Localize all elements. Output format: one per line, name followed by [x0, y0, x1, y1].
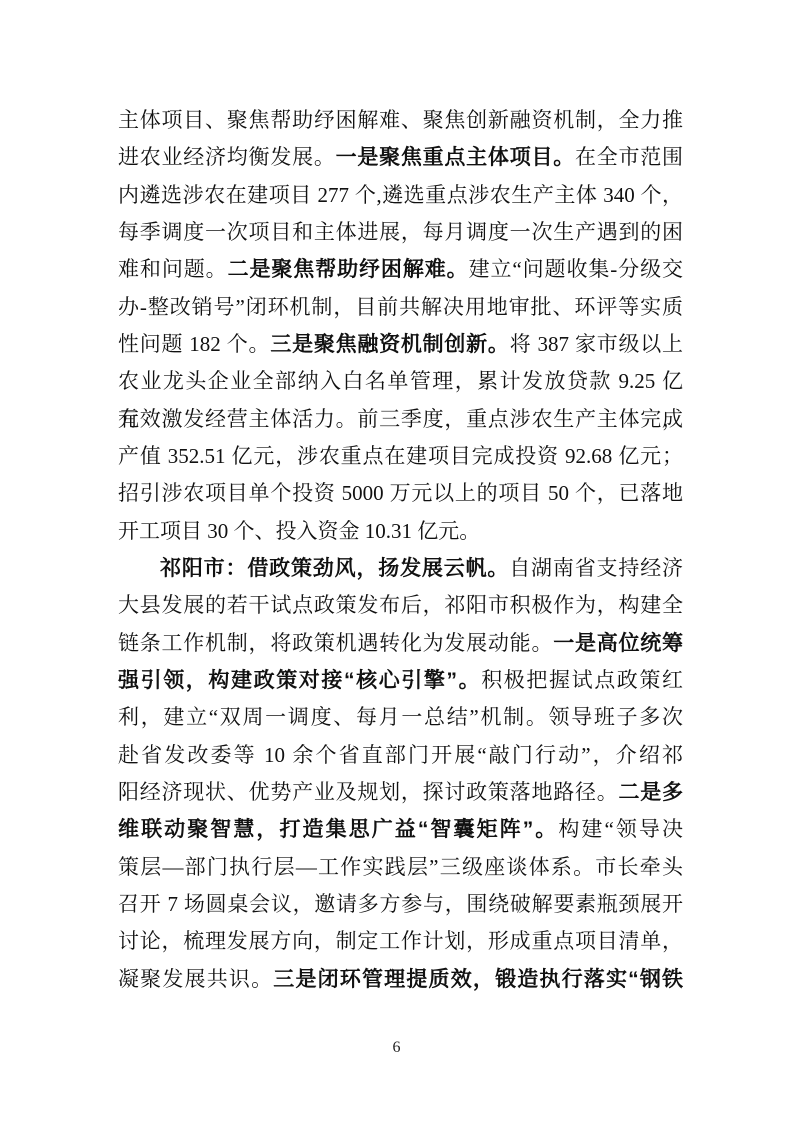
- text-line: 办-整改销号”闭环机制，目前共解决用地审批、环评等实质: [118, 289, 683, 326]
- bold-text-run: 三是聚焦融资机制创新。: [270, 333, 509, 356]
- text-line: 开工项目 30 个、投入资金 10.31 亿元。: [118, 513, 683, 550]
- text-run: 有效激发经营主体活力。前三季度，重点涉农生产主体完成: [118, 407, 683, 431]
- text-line: 利，建立“双周一调度、每月一总结”机制。领导班子多次: [118, 699, 683, 736]
- text-line: 阳经济现状、优势产业及规划，探讨政策落地路径。二是多: [118, 774, 683, 811]
- bold-text-run: 借政策劲风，扬发展云帆。: [247, 557, 509, 580]
- text-line: 主体项目、聚焦帮助纾困解难、聚焦创新融资机制，全力推: [118, 102, 683, 139]
- document-page: 主体项目、聚焦帮助纾困解难、聚焦创新融资机制，全力推进农业经济均衡发展。一是聚焦…: [0, 0, 793, 1122]
- text-run: 开工项目 30 个、投入资金 10.31 亿元。: [118, 519, 480, 543]
- text-run: 进农业经济均衡发展。: [118, 145, 336, 169]
- text-line: 祁阳市：借政策劲风，扬发展云帆。自湖南省支持经济: [118, 550, 683, 587]
- bold-text-run: 二是多: [618, 781, 683, 804]
- text-run: 赴省发改委等 10 余个省直部门开展“敲门行动”，介绍祁: [118, 743, 683, 767]
- text-line: 讨论，梳理发展方向，制定工作计划，形成重点项目清单，: [118, 923, 683, 960]
- text-run: 利，建立“双周一调度、每月一总结”机制。领导班子多次: [118, 705, 683, 729]
- text-line: 每季调度一次项目和主体进展，每月调度一次生产遇到的困: [118, 214, 683, 251]
- text-run: 每季调度一次项目和主体进展，每月调度一次生产遇到的困: [118, 220, 683, 244]
- text-line: 内遴选涉农在建项目 277 个,遴选重点涉农生产主体 340 个，: [118, 177, 683, 214]
- text-run: 召开 7 场圆桌会议，邀请多方参与，围绕破解要素瓶颈展开: [118, 892, 683, 916]
- text-line: 性问题 182 个。三是聚焦融资机制创新。将 387 家市级以上: [118, 326, 683, 363]
- text-run: 策层—部门执行层—工作实践层”三级座谈体系。市长牵头: [118, 855, 683, 879]
- text-run: 内遴选涉农在建项目 277 个,遴选重点涉农生产主体 340 个，: [118, 183, 683, 207]
- text-run: 积极把握试点政策红: [481, 668, 683, 692]
- page-footer: 6: [0, 1036, 793, 1060]
- text-run: 自湖南省支持经济: [509, 556, 683, 580]
- page-number: 6: [393, 1039, 401, 1056]
- text-line: 维联动聚智慧，打造集思广益“智囊矩阵”。构建“领导决: [118, 811, 683, 848]
- bold-text-run: 祁阳市：: [160, 557, 247, 580]
- text-line: 有效激发经营主体活力。前三季度，重点涉农生产主体完成: [118, 401, 683, 438]
- text-run: 主体项目、聚焦帮助纾困解难、聚焦创新融资机制，全力推: [118, 108, 683, 132]
- text-run: 阳经济现状、优势产业及规划，探讨政策落地路径。: [118, 780, 618, 804]
- text-run: 办-整改销号”闭环机制，目前共解决用地审批、环评等实质: [118, 295, 683, 319]
- text-run: 在全市范围: [575, 145, 683, 169]
- text-line: 产值 352.51 亿元，涉农重点在建项目完成投资 92.68 亿元；: [118, 438, 683, 475]
- bold-text-run: 二是聚焦帮助纾困解难。: [228, 258, 469, 281]
- text-run: 产值 352.51 亿元，涉农重点在建项目完成投资 92.68 亿元；: [118, 444, 683, 468]
- document-body: 主体项目、聚焦帮助纾困解难、聚焦创新融资机制，全力推进农业经济均衡发展。一是聚焦…: [118, 102, 683, 998]
- text-run: 凝聚发展共识。: [118, 967, 273, 991]
- text-run: 招引涉农项目单个投资 5000 万元以上的项目 50 个，已落地: [118, 481, 683, 505]
- text-line: 进农业经济均衡发展。一是聚焦重点主体项目。在全市范围: [118, 139, 683, 176]
- text-line: 难和问题。二是聚焦帮助纾困解难。建立“问题收集-分级交: [118, 251, 683, 288]
- bold-text-run: 一是高位统筹: [553, 632, 683, 655]
- bold-text-run: 一是聚焦重点主体项目。: [336, 146, 575, 169]
- text-run: 讨论，梳理发展方向，制定工作计划，形成重点项目清单，: [118, 929, 683, 953]
- text-line: 招引涉农项目单个投资 5000 万元以上的项目 50 个，已落地: [118, 475, 683, 512]
- text-line: 赴省发改委等 10 余个省直部门开展“敲门行动”，介绍祁: [118, 737, 683, 774]
- text-line: 召开 7 场圆桌会议，邀请多方参与，围绕破解要素瓶颈展开: [118, 886, 683, 923]
- text-line: 链条工作机制，将政策机遇转化为发展动能。一是高位统筹: [118, 625, 683, 662]
- text-line: 策层—部门执行层—工作实践层”三级座谈体系。市长牵头: [118, 849, 683, 886]
- bold-text-run: 强引领，构建政策对接“核心引擎”。: [118, 669, 481, 692]
- text-run: 难和问题。: [118, 257, 228, 281]
- text-run: 建立“问题收集-分级交: [469, 257, 683, 281]
- text-line: 凝聚发展共识。三是闭环管理提质效，锻造执行落实“钢铁: [118, 961, 683, 998]
- text-run: 性问题 182 个。: [118, 332, 270, 356]
- text-run: 链条工作机制，将政策机遇转化为发展动能。: [118, 631, 553, 655]
- text-run: 将 387 家市级以上: [510, 332, 683, 356]
- text-line: 大县发展的若干试点政策发布后，祁阳市积极作为，构建全: [118, 587, 683, 624]
- text-run: 大县发展的若干试点政策发布后，祁阳市积极作为，构建全: [118, 593, 683, 617]
- text-run: 构建“领导决: [558, 817, 683, 841]
- text-line: 农业龙头企业全部纳入白名单管理，累计发放贷款 9.25 亿元，: [118, 363, 683, 400]
- bold-text-run: 维联动聚智慧，打造集思广益“智囊矩阵”。: [118, 818, 558, 841]
- text-line: 强引领，构建政策对接“核心引擎”。积极把握试点政策红: [118, 662, 683, 699]
- bold-text-run: 三是闭环管理提质效，锻造执行落实“钢铁: [273, 968, 683, 991]
